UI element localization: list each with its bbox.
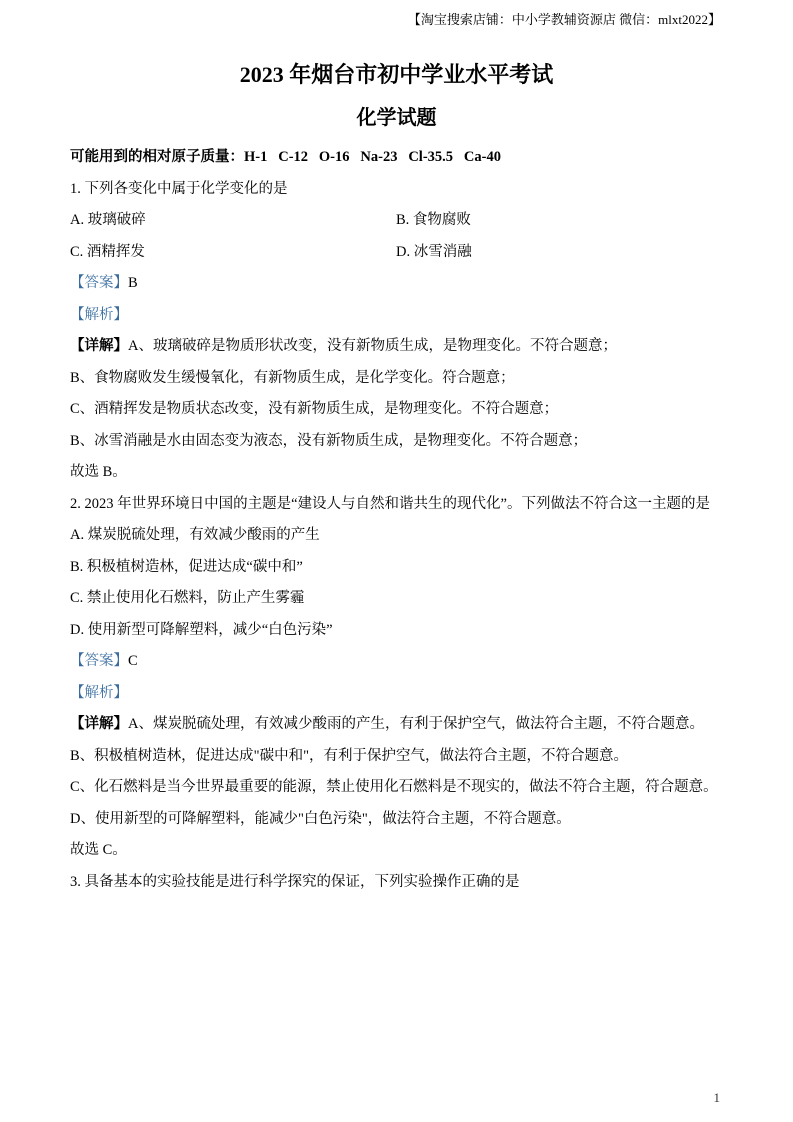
page-subtitle: 化学试题 bbox=[0, 103, 793, 133]
question-1-detail-1: 【详解】A、玻璃破碎是物质形状改变，没有新物质生成，是物理变化。不符合题意； bbox=[70, 331, 727, 363]
question-1-detail-2: B、食物腐败发生缓慢氧化，有新物质生成，是化学变化。符合题意； bbox=[70, 363, 727, 395]
question-1-detail-4: B、冰雪消融是水由固态变为液态，没有新物质生成，是物理变化。不符合题意； bbox=[70, 426, 727, 458]
question-2-answer-value: C bbox=[128, 653, 138, 669]
atomic-mass-note: 可能用到的相对原子质量：H-1 C-12 O-16 Na-23 Cl-35.5 … bbox=[70, 142, 727, 174]
question-1-option-b: B. 食物腐败 bbox=[396, 212, 471, 228]
question-2-option-b: B. 积极植树造林，促进达成“碳中和” bbox=[70, 552, 727, 584]
question-1-options-row-1: A. 玻璃破碎B. 食物腐败 bbox=[70, 205, 727, 237]
question-1-answer-line: 【答案】B bbox=[70, 268, 727, 300]
question-1-answer-value: B bbox=[128, 275, 138, 291]
question-2-detail-3: C、化石燃料是当今世界最重要的能源，禁止使用化石燃料是不现实的，做法不符合主题，… bbox=[70, 772, 727, 804]
question-1-option-a: A. 玻璃破碎 bbox=[70, 205, 396, 237]
question-1-stem: 1. 下列各变化中属于化学变化的是 bbox=[70, 174, 727, 206]
question-2-detail-4: D、使用新型的可降解塑料，能减少"白色污染"，做法符合主题，不符合题意。 bbox=[70, 804, 727, 836]
question-2-detail-2: B、积极植树造林，促进达成"碳中和"，有利于保护空气，做法符合主题，不符合题意。 bbox=[70, 741, 727, 773]
question-1-option-d: D. 冰雪消融 bbox=[396, 244, 472, 260]
question-1-option-c: C. 酒精挥发 bbox=[70, 237, 396, 269]
page-number: 1 bbox=[714, 1090, 721, 1106]
question-2-answer-line: 【答案】C bbox=[70, 646, 727, 678]
question-1-conclusion: 故选 B。 bbox=[70, 457, 727, 489]
promo-header: 【淘宝搜索店铺：中小学教辅资源店 微信：mlxt2022】 bbox=[408, 11, 721, 29]
answer-label: 【答案】 bbox=[70, 275, 128, 291]
question-2-detail-1: 【详解】A、煤炭脱硫处理，有效减少酸雨的产生，有利于保护空气，做法符合主题，不符… bbox=[70, 709, 727, 741]
question-1-options-row-2: C. 酒精挥发D. 冰雪消融 bbox=[70, 237, 727, 269]
question-1-analysis-line: 【解析】 bbox=[70, 300, 727, 332]
document-page: 【淘宝搜索店铺：中小学教辅资源店 微信：mlxt2022】 2023 年烟台市初… bbox=[0, 0, 793, 1122]
question-2-analysis-line: 【解析】 bbox=[70, 678, 727, 710]
analysis-label: 【解析】 bbox=[70, 307, 128, 323]
detail-label: 【详解】 bbox=[70, 338, 128, 354]
detail-label: 【详解】 bbox=[70, 716, 128, 732]
question-2-conclusion: 故选 C。 bbox=[70, 835, 727, 867]
question-1-detail-3: C、酒精挥发是物质状态改变，没有新物质生成，是物理变化。不符合题意； bbox=[70, 394, 727, 426]
question-2-stem: 2. 2023 年世界环境日中国的主题是“建设人与自然和谐共生的现代化”。下列做… bbox=[70, 489, 727, 521]
question-2-option-a: A. 煤炭脱硫处理，有效减少酸雨的产生 bbox=[70, 520, 727, 552]
question-2-option-d: D. 使用新型可降解塑料，减少“白色污染” bbox=[70, 615, 727, 647]
question-3-stem: 3. 具备基本的实验技能是进行科学探究的保证，下列实验操作正确的是 bbox=[70, 867, 727, 899]
question-2-option-c: C. 禁止使用化石燃料，防止产生雾霾 bbox=[70, 583, 727, 615]
exam-content: 可能用到的相对原子质量：H-1 C-12 O-16 Na-23 Cl-35.5 … bbox=[70, 142, 727, 898]
analysis-label: 【解析】 bbox=[70, 685, 128, 701]
answer-label: 【答案】 bbox=[70, 653, 128, 669]
